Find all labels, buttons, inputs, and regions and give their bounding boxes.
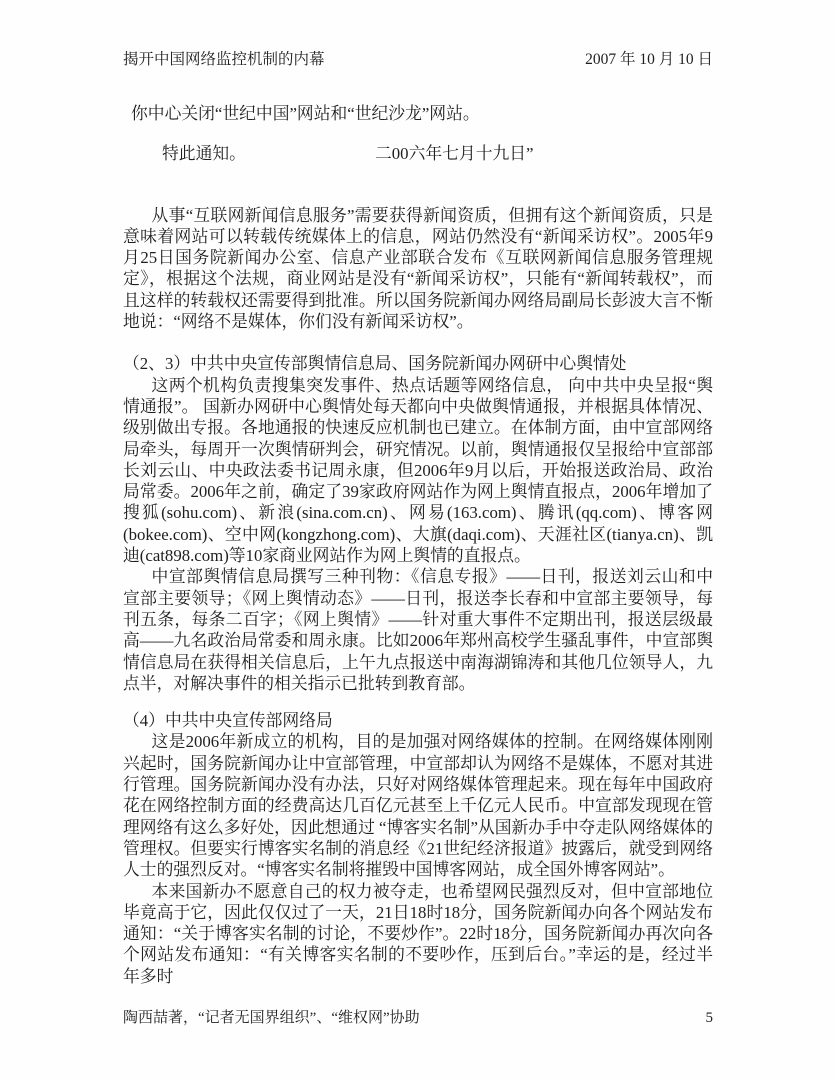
header-date: 2007 年 10 月 10 日 bbox=[585, 50, 713, 70]
section-heading-4: （4）中共中央宣传部网络局 bbox=[123, 710, 713, 731]
document-header: 揭开中国网络监控机制的内幕 2007 年 10 月 10 日 bbox=[123, 0, 713, 70]
document-content: 揭开中国网络监控机制的内幕 2007 年 10 月 10 日 你中心关闭“世纪中… bbox=[123, 0, 713, 987]
notice-closing-line: 特此通知。 二00六年七月十九日” bbox=[123, 143, 713, 164]
running-title: 揭开中国网络监控机制的内幕 bbox=[123, 50, 325, 70]
footer-credit: 陶西喆著，“记者无国界组织”、“维权网”协助 bbox=[123, 1008, 420, 1028]
paragraph-yuqing-reporting: 这两个机构负责搜集突发事件、热点话题等网络信息， 向中共中央呈报“舆情通报”。 … bbox=[123, 375, 713, 567]
notice-closing-text: 特此通知。 bbox=[162, 143, 246, 164]
notice-date: 二00六年七月十九日” bbox=[375, 143, 533, 164]
document-footer: 陶西喆著，“记者无国界组织”、“维权网”协助 5 bbox=[123, 1008, 713, 1028]
paragraph-blog-real-name: 本来国新办不愿意自己的权力被夺走，也希望网民强烈反对，但中宣部地位毕竟高于它，因… bbox=[123, 881, 713, 987]
section-heading-2-3: （2、3）中共中央宣传部舆情信息局、国务院新闻办网研中心舆情处 bbox=[123, 353, 713, 374]
page-number: 5 bbox=[706, 1008, 714, 1028]
notice-body-line: 你中心关闭“世纪中国”网站和“世纪沙龙”网站。 bbox=[123, 103, 713, 124]
paragraph-yuqing-publications: 中宣部舆情信息局撰写三种刊物：《信息专报》——日刊，报送刘云山和中宣部主要领导；… bbox=[123, 566, 713, 694]
document-page: 揭开中国网络监控机制的内幕 2007 年 10 月 10 日 你中心关闭“世纪中… bbox=[0, 0, 835, 1080]
paragraph-news-license: 从事“互联网新闻信息服务”需要获得新闻资质，但拥有这个新闻资质，只是意味着网站可… bbox=[123, 205, 713, 333]
paragraph-network-bureau: 这是2006年新成立的机构，目的是加强对网络媒体的控制。在网络媒体刚刚兴起时，国… bbox=[123, 731, 713, 880]
